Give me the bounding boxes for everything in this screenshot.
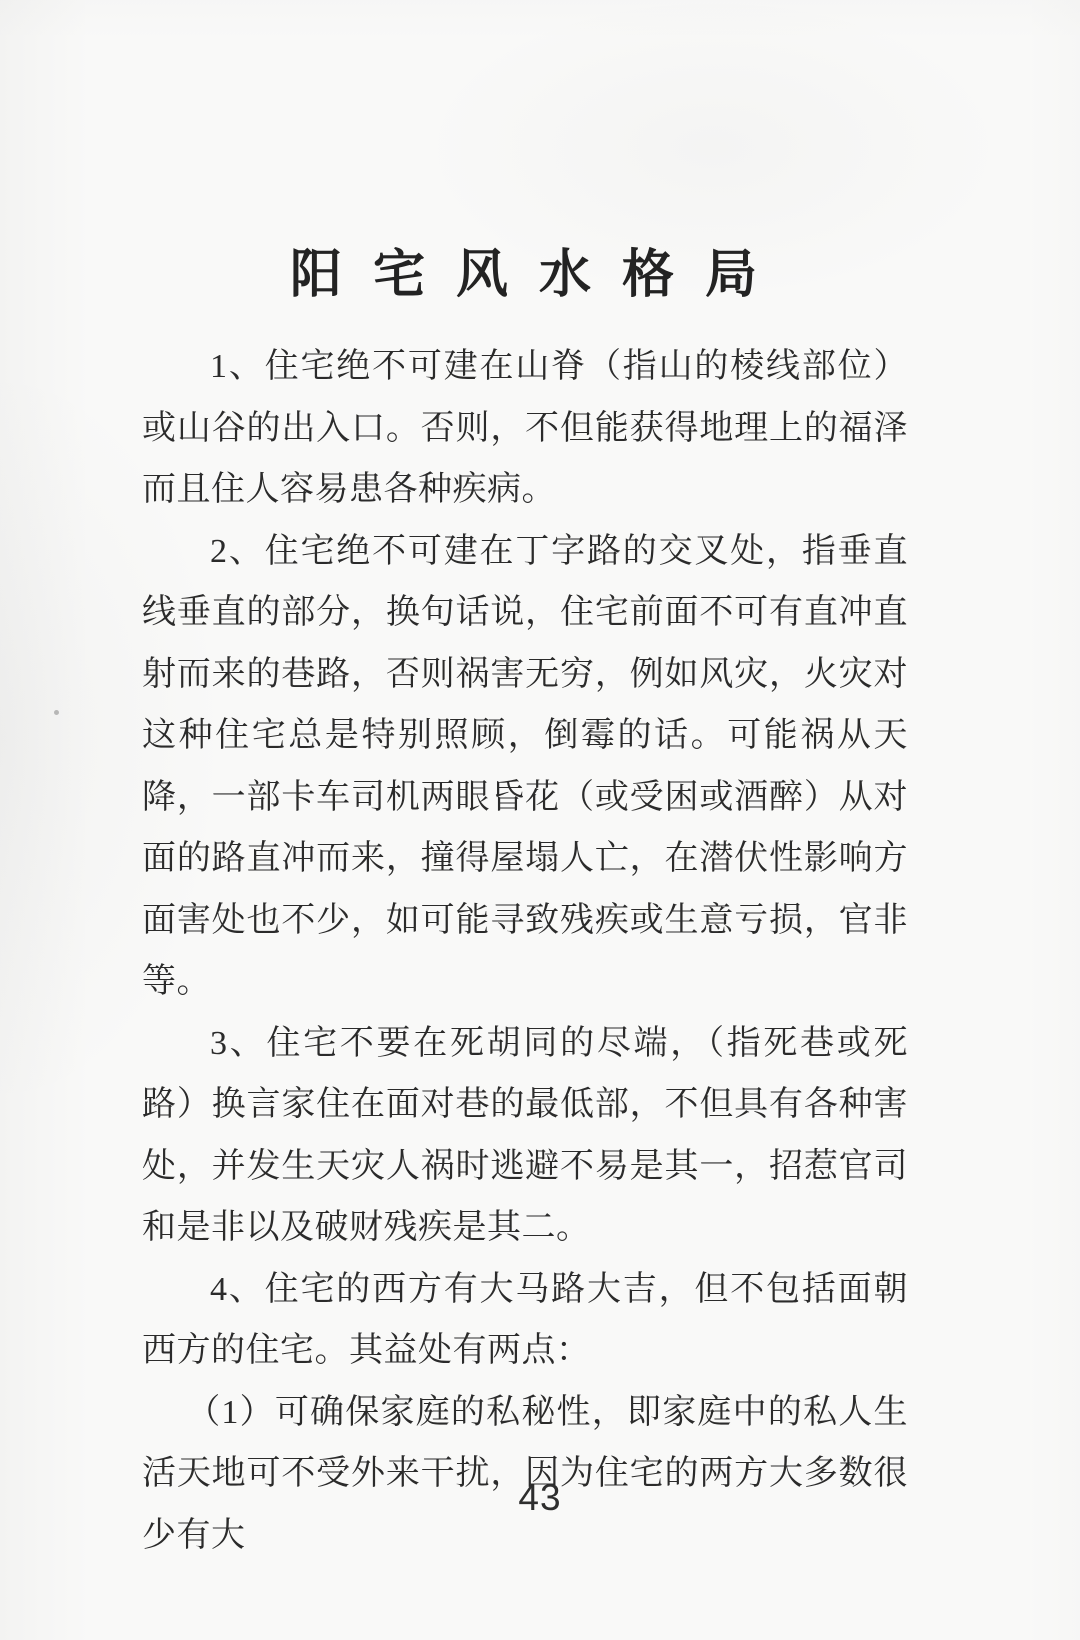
scanned-book-page: 阳 宅 风 水 格 局 1、住宅绝不可建在山脊（指山的棱线部位）或山谷的出入口。… xyxy=(0,0,1080,1640)
paragraph-4-subitem-1: （1）可确保家庭的私秘性，即家庭中的私人生活天地可不受外来干扰，因为住宅的两方大… xyxy=(142,1382,908,1567)
paragraph-1: 1、住宅绝不可建在山脊（指山的棱线部位）或山谷的出入口。否则，不但能获得地理上的… xyxy=(142,336,908,521)
page-number: 43 xyxy=(0,1478,1080,1518)
paragraph-3: 3、住宅不要在死胡同的尽端，（指死巷或死路）换言家住在面对巷的最低部，不但具有各… xyxy=(142,1013,908,1259)
paragraph-4: 4、住宅的西方有大马路大吉，但不包括面朝西方的住宅。其益处有两点： xyxy=(142,1259,908,1382)
paragraph-2: 2、住宅绝不可建在丁字路的交叉处，指垂直线垂直的部分，换句话说，住宅前面不可有直… xyxy=(142,521,908,1013)
scan-speck xyxy=(54,710,59,715)
body-text: 1、住宅绝不可建在山脊（指山的棱线部位）或山谷的出入口。否则，不但能获得地理上的… xyxy=(142,336,908,1566)
page-title: 阳 宅 风 水 格 局 xyxy=(142,246,908,306)
